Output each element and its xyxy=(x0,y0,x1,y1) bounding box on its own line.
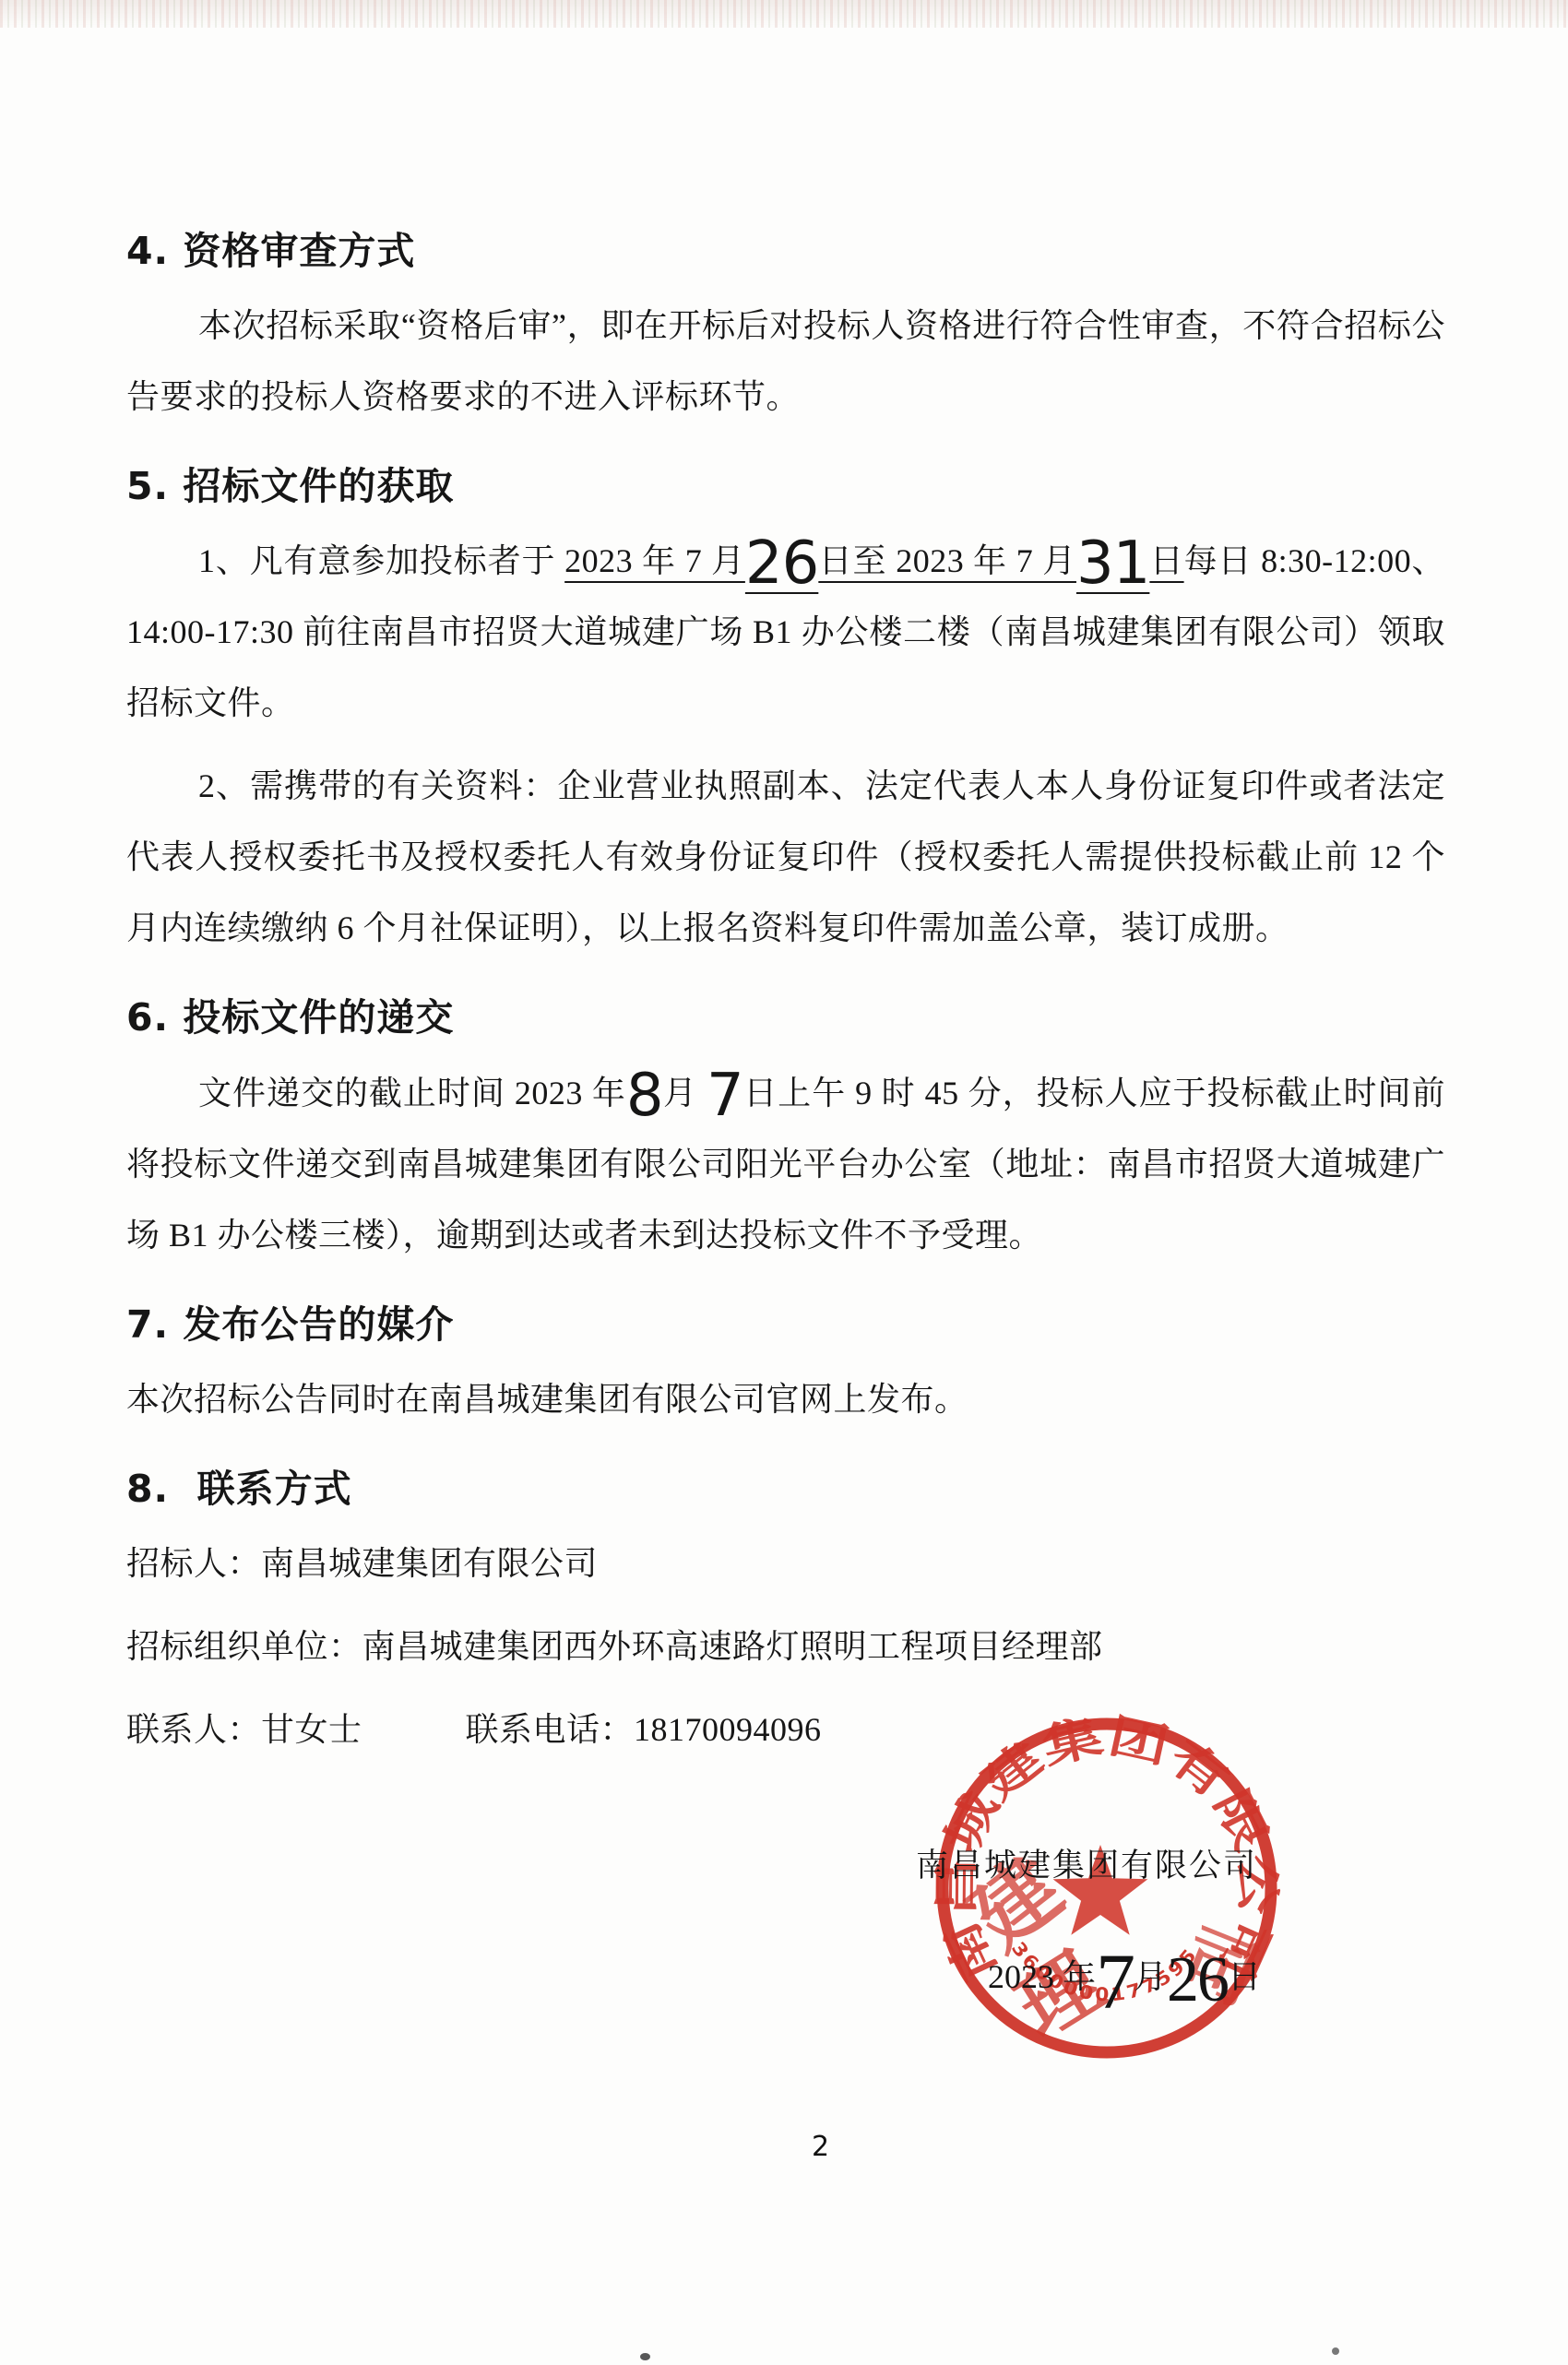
seal-company-name: 南昌城建集团有限公司 xyxy=(916,1840,1314,1886)
handwritten-text: 26 xyxy=(745,529,818,598)
seal-signature-block: 南昌城建集团有限公司 2023 年7月26日 xyxy=(909,1840,1314,2037)
document-body: 4. 资格审查方式本次招标采取“资格后审”，即在开标后对投标人资格进行符合性审查… xyxy=(126,229,1445,1777)
seal-date-day-label: 日 xyxy=(1228,1958,1261,1995)
text-segment: 联系人：甘女士 xyxy=(126,1711,362,1748)
paragraph: 文件递交的截止时间 2023 年8月 7日上午 9 时 45 分，投标人应于投标… xyxy=(126,1058,1445,1271)
text-segment: 2、需携带的有关资料：企业营业执照副本、法定代表人本人身份证复印件或者法定代表人… xyxy=(126,767,1445,946)
text-segment: 本次招标公告同时在南昌城建集团有限公司官网上发布。 xyxy=(126,1381,968,1418)
text-segment: 招标组织单位：南昌城建集团西外环高速路灯照明工程项目经理部 xyxy=(126,1628,1103,1665)
seal-date-day-handwritten: 26 xyxy=(1167,1944,1228,2015)
handwritten-text: 31 xyxy=(1076,529,1149,598)
doc-section: 7. 发布公告的媒介本次招标公告同时在南昌城建集团有限公司官网上发布。 xyxy=(126,1302,1445,1435)
handwritten-text: 7 xyxy=(707,1062,743,1130)
section-heading: 8. 联系方式 xyxy=(126,1467,1445,1512)
document-page: 4. 资格审查方式本次招标采取“资格后审”，即在开标后对投标人资格进行符合性审查… xyxy=(0,0,1568,2365)
text-segment: 联系电话：18170094096 xyxy=(466,1711,822,1748)
section-heading: 6. 投标文件的递交 xyxy=(126,995,1445,1040)
page-number: 2 xyxy=(812,2131,829,2163)
text-segment: 1、凡有意参加投标者于 xyxy=(198,542,564,579)
paragraph: 本次招标采取“资格后审”，即在开标后对投标人资格进行符合性审查，不符合招标公告要… xyxy=(126,291,1445,433)
section-heading: 7. 发布公告的媒介 xyxy=(126,1302,1445,1348)
text-segment: 2023 年 7 月 xyxy=(564,542,745,579)
doc-section: 4. 资格审查方式本次招标采取“资格后审”，即在开标后对投标人资格进行符合性审查… xyxy=(126,229,1445,433)
section-heading: 5. 招标文件的获取 xyxy=(126,464,1445,509)
seal-date-month-label: 月 xyxy=(1134,1958,1167,1995)
paragraph: 招标组织单位：南昌城建集团西外环高速路灯照明工程项目经理部 xyxy=(126,1611,1445,1682)
paragraph: 招标人：南昌城建集团有限公司 xyxy=(126,1528,1445,1599)
doc-section: 5. 招标文件的获取1、凡有意参加投标者于 2023 年 7 月26日至 202… xyxy=(126,464,1445,964)
seal-date-year: 2023 年 xyxy=(988,1958,1096,1995)
section-heading: 4. 资格审查方式 xyxy=(126,229,1445,274)
seal-date: 2023 年7月26日 xyxy=(938,1912,1314,2037)
text-segment: 日至 2023 年 7 月 xyxy=(818,542,1076,579)
scan-artifact-dot xyxy=(1332,2347,1339,2355)
scan-artifact-dot xyxy=(640,2353,650,2360)
seal-date-month-handwritten: 7 xyxy=(1096,1937,1134,2026)
doc-section: 6. 投标文件的递交文件递交的截止时间 2023 年8月 7日上午 9 时 45… xyxy=(126,995,1445,1270)
text-segment: 招标人：南昌城建集团有限公司 xyxy=(126,1545,598,1582)
text-segment: 文件递交的截止时间 2023 年 xyxy=(198,1075,626,1111)
text-segment: 本次招标采取“资格后审”，即在开标后对投标人资格进行符合性审查，不符合招标公告要… xyxy=(126,307,1445,415)
paragraph: 本次招标公告同时在南昌城建集团有限公司官网上发布。 xyxy=(126,1364,1445,1435)
handwritten-text: 8 xyxy=(626,1062,663,1130)
paragraph: 2、需携带的有关资料：企业营业执照副本、法定代表人本人身份证复印件或者法定代表人… xyxy=(126,751,1445,964)
paragraph: 1、凡有意参加投标者于 2023 年 7 月26日至 2023 年 7 月31日… xyxy=(126,526,1445,739)
text-segment: 日 xyxy=(1149,542,1183,579)
text-segment: 月 xyxy=(663,1075,707,1111)
